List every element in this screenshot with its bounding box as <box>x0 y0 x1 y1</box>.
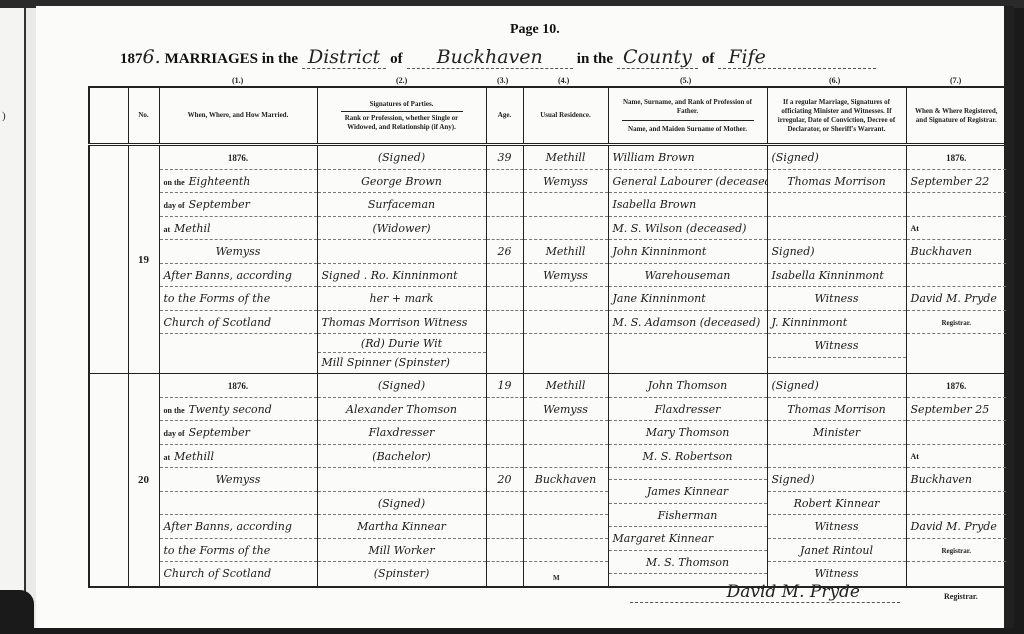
header-age: Age. <box>486 87 523 145</box>
witness-1-name: Isabella Kinninmont <box>768 264 906 288</box>
title-of-2: of <box>702 51 715 67</box>
marriage-year: 1876. <box>228 153 248 163</box>
groom-mother: Mary Thomson <box>609 421 767 445</box>
year-prefix: 187 <box>120 51 143 67</box>
minister-role: Minister <box>768 421 906 445</box>
bride-mark: her + mark <box>318 287 486 311</box>
header-father: Name, Surname, and Rank of Profession of… <box>612 98 764 116</box>
bride-status: (Spinster) <box>318 562 486 586</box>
how-married-3: Church of Scotland <box>160 562 317 586</box>
parents-cell: John Thomson Flaxdresser Mary Thomson M.… <box>608 374 767 587</box>
table-row-entry-19: 19 1876. on theEighteenth day ofSeptembe… <box>89 145 1007 374</box>
registered-date: September 22 <box>907 170 1007 194</box>
header-minister: If a regular Marriage, Signatures of off… <box>767 87 906 145</box>
groom-residence: Methill <box>524 146 608 170</box>
bride-mother: Jane Kinninmont <box>609 287 767 311</box>
how-married-2: to the Forms of the <box>160 287 317 311</box>
groom-mother: Isabella Brown <box>609 193 767 217</box>
column-number-2: (2.) <box>396 76 407 85</box>
column-number-6: (6.) <box>829 76 840 85</box>
bride-father: John Kinninmont <box>609 240 767 264</box>
header-signatures-title: Signatures of Parties. <box>321 100 483 109</box>
groom-father-rank: Flaxdresser <box>609 398 767 422</box>
when-where-cell: 1876. on theEighteenth day ofSeptember a… <box>159 145 317 374</box>
title-in-the: in the <box>577 51 613 67</box>
county-name: Fife <box>718 46 876 69</box>
title-marriages: MARRIAGES in the <box>165 51 298 67</box>
groom-status: (Bachelor) <box>318 445 486 469</box>
header-parents: Name, Surname, and Rank of Profession of… <box>608 87 767 145</box>
district-word: District <box>302 46 386 69</box>
bride-residence: Methill <box>524 240 608 264</box>
groom-age: 19 <box>487 374 523 398</box>
header-residence: Usual Residence. <box>523 87 608 145</box>
registered-year: 1876. <box>946 381 966 391</box>
marriage-day: Twenty second <box>189 403 272 416</box>
margin-mark: ) <box>2 110 6 122</box>
marriage-place: Methil <box>174 222 210 235</box>
groom-name: George Brown <box>318 170 486 194</box>
groom-mother-maiden: M. S. Wilson (deceased) <box>609 217 767 241</box>
table-row-entry-20: 20 1876. on theTwenty second day ofSepte… <box>89 374 1007 587</box>
scan-corner <box>0 590 34 634</box>
bride-mother: Margaret Kinnear <box>609 527 767 551</box>
groom-father: John Thomson <box>609 374 767 398</box>
witness-signed: Signed) <box>768 240 906 264</box>
witness-1-name: Robert Kinnear <box>768 492 906 516</box>
marriage-year: 1876. <box>228 381 248 391</box>
registrar-label: Registrar. <box>907 311 1007 335</box>
minister-signed: (Signed) <box>768 146 906 170</box>
groom-residence: Methill <box>524 374 608 398</box>
year-suffix: 6. <box>143 46 161 68</box>
registered-date: September 25 <box>907 398 1007 422</box>
witness-2-name: Janet Rintoul <box>768 539 906 563</box>
blank-cell <box>89 374 128 587</box>
witness-2-role: Witness <box>768 334 906 358</box>
column-number-3: (3.) <box>497 76 508 85</box>
footer-registrar-signature: David M. Pryde <box>630 582 900 603</box>
age-cell: 39 26 <box>486 145 523 374</box>
bride-age: 26 <box>487 240 523 264</box>
marriage-month: September <box>189 198 250 211</box>
column-number-5: (5.) <box>680 76 691 85</box>
groom-father: William Brown <box>609 146 767 170</box>
bride-residence: Buckhaven <box>524 468 608 492</box>
bride-witness-1: Thomas Morrison Witness <box>318 311 486 335</box>
residence-cell: Methill Wemyss Methill Wemyss <box>523 145 608 374</box>
header-rank: Rank or Profession, whether Single or Wi… <box>341 111 463 132</box>
groom-residence-2: Wemyss <box>524 170 608 194</box>
bride-residence-2: Wemyss <box>524 264 608 288</box>
parents-cell: William Brown General Labourer (deceased… <box>608 145 767 374</box>
residence-cell: Methill Wemyss Buckhaven <box>523 374 608 587</box>
groom-name: Alexander Thomson <box>318 398 486 422</box>
how-married-1: After Banns, according <box>160 515 317 539</box>
marriage-place-2: Wemyss <box>160 240 317 264</box>
marriage-register-table: No. When, Where, and How Married. Signat… <box>88 86 1008 588</box>
bride-father-rank: Warehouseman <box>609 264 767 288</box>
bride-father-rank: Fisherman <box>609 504 767 528</box>
marriage-place-2: Wemyss <box>160 468 317 492</box>
entry-number: 20 <box>128 374 159 587</box>
county-word: County <box>617 46 698 69</box>
groom-father-rank: General Labourer (deceased) <box>609 170 767 194</box>
registered-year: 1876. <box>946 153 966 163</box>
age-cell: 19 20 <box>486 374 523 587</box>
bride-age: 20 <box>487 468 523 492</box>
entry-number: 19 <box>128 145 159 374</box>
witness-1-role: Witness <box>768 287 906 311</box>
registrar-label: Registrar. <box>907 539 1007 563</box>
registrar-signature: David M. Pryde <box>907 287 1007 311</box>
witness-2-name: J. Kinninmont <box>768 311 906 335</box>
minister-name: Thomas Morrison <box>768 170 906 194</box>
witness-signed: Signed) <box>768 468 906 492</box>
signatures-cell: (Signed) Alexander Thomson Flaxdresser (… <box>317 374 486 587</box>
how-married-1: After Banns, according <box>160 264 317 288</box>
registered-place: Buckhaven <box>907 240 1007 264</box>
groom-status: (Widower) <box>318 217 486 241</box>
groom-rank: Flaxdresser <box>318 421 486 445</box>
registered-cell: 1876. September 25 At Buckhaven David M.… <box>906 374 1007 587</box>
registered-at-label: At <box>907 217 1007 241</box>
minister-signed: (Signed) <box>768 374 906 398</box>
header-when-where: When, Where, and How Married. <box>159 87 317 145</box>
groom-residence-2: Wemyss <box>524 398 608 422</box>
register-title: 1876. MARRIAGES in the District of Buckh… <box>120 46 876 68</box>
header-registered: When & Where Registered, and Signature o… <box>906 87 1007 145</box>
district-name: Buckhaven <box>407 46 573 69</box>
registered-at-label: At <box>907 445 1007 469</box>
bride-signed: (Signed) <box>318 492 486 516</box>
marriage-place: Methill <box>174 450 214 463</box>
registered-cell: 1876. September 22 At Buckhaven David M.… <box>906 145 1007 374</box>
column-number-7: (7.) <box>950 76 961 85</box>
bride-rank-status: Mill Spinner (Spinster) <box>318 353 486 373</box>
header-blank <box>89 87 128 145</box>
page-number: Page 10. <box>510 22 560 38</box>
when-where-cell: 1876. on theTwenty second day ofSeptembe… <box>159 374 317 587</box>
how-married-3: Church of Scotland <box>160 311 317 335</box>
marriage-day: Eighteenth <box>189 175 251 188</box>
how-married-2: to the Forms of the <box>160 539 317 563</box>
bride-signed: Signed . Ro. Kinninmont <box>318 264 486 288</box>
minister-name: Thomas Morrison <box>768 398 906 422</box>
header-no: No. <box>128 87 159 145</box>
marriage-month: September <box>189 426 250 439</box>
footer-mark: M <box>553 574 560 582</box>
witness-1-role: Witness <box>768 515 906 539</box>
footer-registrar-label: Registrar. <box>944 592 978 601</box>
registrar-signature: David M. Pryde <box>907 515 1007 539</box>
column-number-4: (4.) <box>558 76 569 85</box>
registered-place: Buckhaven <box>907 468 1007 492</box>
header-mother: Name, and Maiden Surname of Mother. <box>622 120 754 134</box>
bride-rank: Mill Worker <box>318 539 486 563</box>
bride-mother-maiden: M. S. Thomson <box>609 551 767 575</box>
groom-mother-maiden: M. S. Robertson <box>609 445 767 469</box>
column-number-1: (1.) <box>232 76 243 85</box>
minister-cell: (Signed) Thomas Morrison Minister Signed… <box>767 374 906 587</box>
minister-cell: (Signed) Thomas Morrison Signed) Isabell… <box>767 145 906 374</box>
bride-name: Martha Kinnear <box>318 515 486 539</box>
signatures-cell: (Signed) George Brown Surfaceman (Widowe… <box>317 145 486 374</box>
blank-cell <box>89 145 128 374</box>
bride-mother-maiden: M. S. Adamson (deceased) <box>609 311 767 335</box>
title-of: of <box>390 51 403 67</box>
groom-age: 39 <box>487 146 523 170</box>
header-signatures: Signatures of Parties. Rank or Professio… <box>317 87 486 145</box>
header-row: No. When, Where, and How Married. Signat… <box>89 87 1007 145</box>
groom-signed: (Signed) <box>318 146 486 170</box>
bride-witness-2: (Rd) Durie Wit <box>318 334 486 353</box>
groom-signed: (Signed) <box>318 374 486 398</box>
bride-father: James Kinnear <box>609 480 767 504</box>
groom-rank: Surfaceman <box>318 193 486 217</box>
